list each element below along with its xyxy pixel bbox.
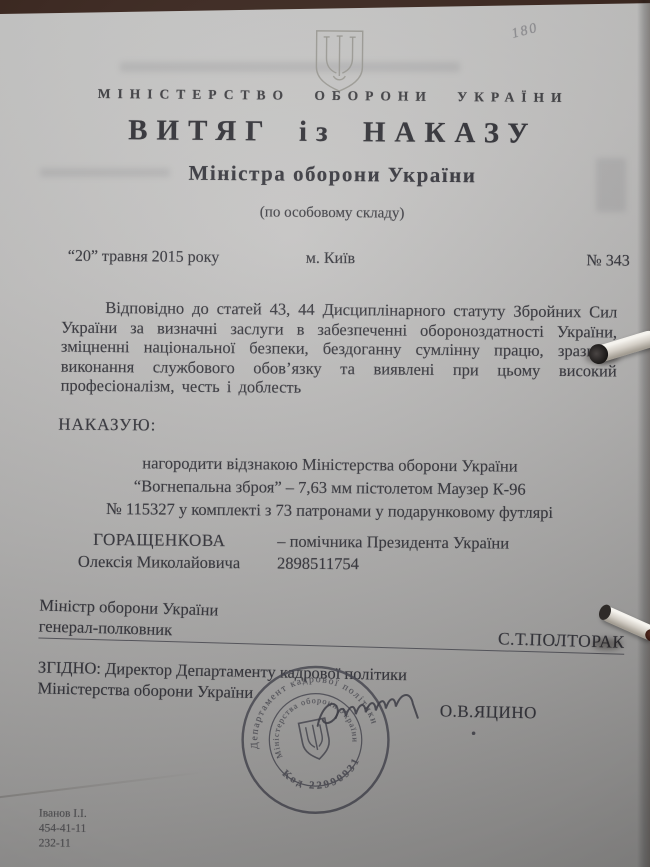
awardee-position-line: – помічника Президента України xyxy=(277,531,509,555)
document-content: 180 МІНІСТЕРСТВО ОБОРОНИ УКРАЇНИ ВИТЯГ і… xyxy=(28,0,632,867)
stamp-code-text: Код 22990931 xyxy=(278,753,367,800)
award-line: № 115327 у комплекті з 73 патронами у по… xyxy=(31,496,627,524)
executor-footer: Іванов І.І. 454-41-11 232-11 xyxy=(39,806,87,851)
handwritten-page-number: 180 xyxy=(510,21,540,43)
date-row: “20” травня 2015 року м. Київ № 343 xyxy=(34,247,630,252)
minister-post-rank: Міністр оборони України генерал-полковни… xyxy=(38,594,218,641)
document-city: м. Київ xyxy=(306,250,356,268)
awardee-position: – помічника Президента України 289851175… xyxy=(277,531,509,577)
page-stack-shadow xyxy=(637,0,650,867)
executor-phone: 454-41-11 xyxy=(39,821,87,836)
personnel-clause: (по особовому складу) xyxy=(34,202,630,224)
document-title: ВИТЯГ із НАКАЗУ xyxy=(35,113,631,151)
awardee-personal-number: 2898511754 xyxy=(277,553,509,577)
awardee-name: ГОРАЩЕНКОВА Олексія Миколайовича xyxy=(59,529,259,575)
ministry-header: МІНІСТЕРСТВО ОБОРОНИ УКРАЇНИ xyxy=(35,85,631,106)
order-verb: НАКАЗУЮ: xyxy=(58,415,156,436)
awardee-block: ГОРАЩЕНКОВА Олексія Миколайовича – поміч… xyxy=(31,528,627,533)
awardee-surname: ГОРАЩЕНКОВА xyxy=(59,529,259,553)
document-date: “20” травня 2015 року xyxy=(68,248,220,267)
award-paragraph: нагородити відзнакою Міністерства оборон… xyxy=(31,450,628,524)
handwritten-signature xyxy=(310,686,485,743)
executor-phone: 232-11 xyxy=(39,836,87,851)
binder-ring-shadow xyxy=(592,638,622,650)
document-number: № 343 xyxy=(586,252,629,270)
executor-name: Іванов І.І. xyxy=(39,806,87,821)
document-photo: 180 МІНІСТЕРСТВО ОБОРОНИ УКРАЇНИ ВИТЯГ і… xyxy=(0,0,650,867)
ukraine-trident-emblem-icon xyxy=(309,28,370,95)
preamble-paragraph: Відповідно до статей 43, 44 Дисциплінарн… xyxy=(61,298,618,400)
svg-text:Код 22990931: Код 22990931 xyxy=(278,753,367,800)
document-subtitle: Міністра оборони України xyxy=(34,159,630,189)
awardee-given-names: Олексія Миколайовича xyxy=(59,551,259,575)
minister-signature-row: Міністр оборони України генерал-полковни… xyxy=(38,594,625,654)
